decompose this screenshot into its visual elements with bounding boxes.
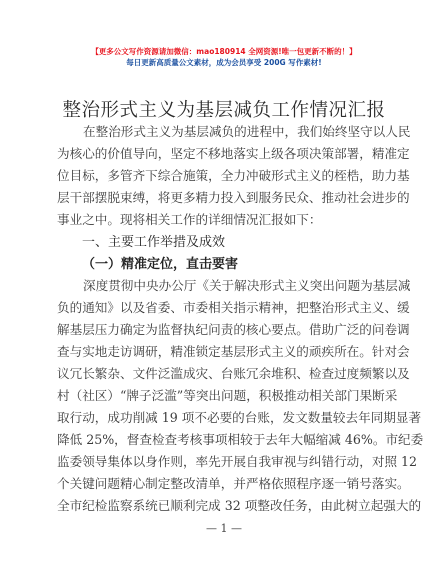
text-line: 事业之中。现将相关工作的详细情况汇报如下：	[57, 209, 397, 231]
text-line: 位目标，多管齐下综合施策，全力冲破形式主义的桎梏，助力基	[57, 165, 397, 187]
text-line: 层干部摆脱束缚，将更多精力投入到服务民众、推动社会进步的	[57, 187, 397, 209]
text-line: 深度贯彻中央办公厅《关于解决形式主义突出问题为基层减	[57, 275, 397, 297]
text-line: 在整治形式主义为基层减负的进程中，我们始终坚守以人民	[57, 121, 397, 143]
subsection-heading: （一）精准定位，直击要害	[82, 253, 238, 272]
text-line: 个关键问题精心制定整改清单，并严格依照程序逐一销号落实。	[57, 473, 397, 495]
page-number: — 1 —	[0, 522, 448, 535]
text-line: 取行动，成功削减 19 项不必要的台账，发文数量较去年同期显著	[57, 407, 397, 429]
text-line: 降低 25%，督查检查考核事项相较于去年大幅缩减 46%。市纪委	[57, 429, 397, 451]
text-line: 全市纪检监察系统已顺利完成 32 项整改任务，由此树立起强大的	[57, 495, 397, 517]
text-line: 查与实地走访调研，精准锁定基层形式主义的顽疾所在。针对会	[57, 341, 397, 363]
text-line: 监委领导集体以身作则，率先开展自我审视与纠错行动，对照 12	[57, 451, 397, 473]
promo-line-red: 【更多公文写作资源请加微信：mao180914 全网资源!唯一包更新不断的！】	[0, 46, 448, 57]
text-line: 议冗长繁杂、文件泛滥成灾、台账冗余堆积、检查过度频繁以及	[57, 363, 397, 385]
promo-line-blue: 每日更新高质量公文素材，成为会员享受 200G 写作素材!	[0, 57, 448, 68]
section-heading: 一、主要工作举措及成效	[82, 231, 225, 250]
document-title: 整治形式主义为基层减负工作情况汇报	[0, 96, 448, 122]
text-line: 解基层压力确定为监督执纪问责的核心要点。借助广泛的问卷调	[57, 319, 397, 341]
text-line: 为核心的价值导向，坚定不移地落实上级各项决策部署，精准定	[57, 143, 397, 165]
text-line: 负的通知》以及省委、市委相关指示精神，把整治形式主义、缓	[57, 297, 397, 319]
text-line: 村（社区）“牌子泛滥”等突出问题，积极推动相关部门果断采	[57, 385, 397, 407]
